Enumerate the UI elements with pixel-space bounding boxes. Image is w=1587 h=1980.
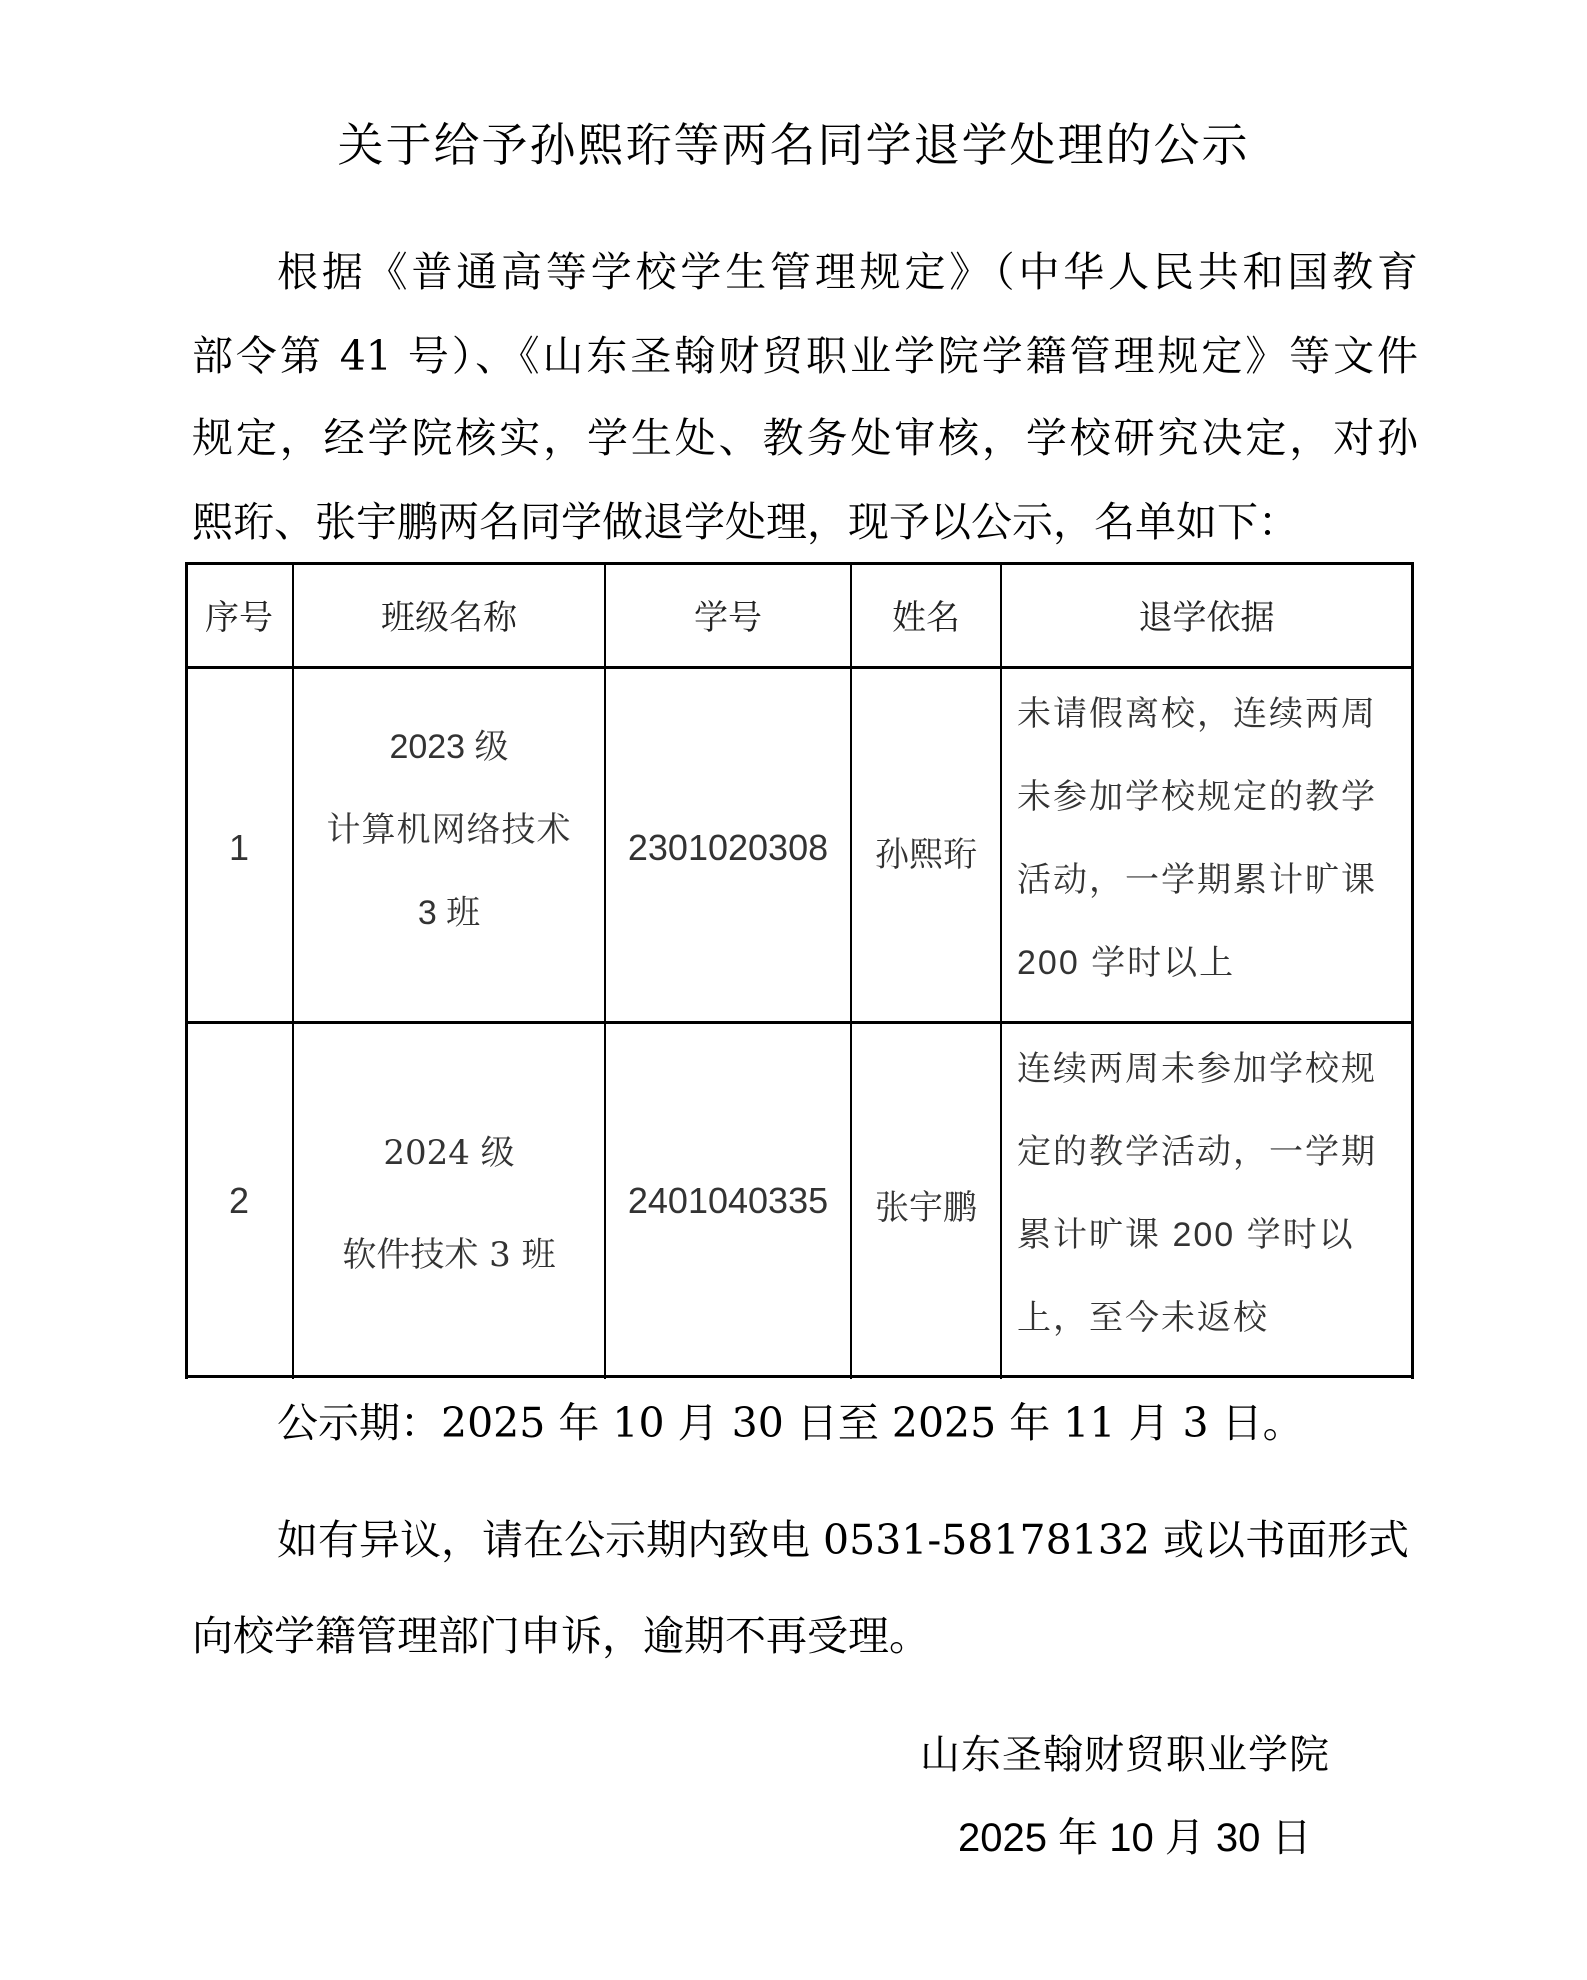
row-student-name: 孙熙珩 bbox=[851, 827, 1001, 876]
reason-line: 累计旷课 200 学时以 bbox=[1017, 1194, 1377, 1277]
table-border bbox=[1411, 562, 1414, 1379]
class-line: 3 班 bbox=[293, 872, 605, 955]
intro-line: 根据《普通高等学校学生管理规定》（中华人民共和国教育 bbox=[277, 252, 1418, 293]
intro-line: 部令第 41 号）、《山东圣翰财贸职业学院学籍管理规定》等文件 bbox=[192, 336, 1418, 377]
document-title: 关于给予孙熙珩等两名同学退学处理的公示 bbox=[0, 122, 1587, 168]
table-border bbox=[850, 562, 852, 1379]
signature-organization: 山东圣翰财贸职业学院 bbox=[920, 1735, 1330, 1775]
reason-line: 活动，一学期累计旷课 bbox=[1017, 839, 1377, 922]
intro-line: 熙珩、张宇鹏两名同学做退学处理，现予以公示，名单如下： bbox=[192, 502, 1418, 543]
row-student-id: 2301020308 bbox=[605, 827, 851, 869]
notice-period: 公示期：2025 年 10 月 30 日至 2025 年 11 月 3 日。 bbox=[277, 1403, 1304, 1444]
table-border bbox=[185, 1021, 1414, 1024]
class-line: 计算机网络技术 bbox=[293, 789, 605, 872]
class-line: 2023 级 bbox=[293, 706, 605, 789]
intro-line: 规定，经学院核实，学生处、教务处审核，学校研究决定，对孙 bbox=[192, 418, 1418, 459]
row-class-name: 2023 级 计算机网络技术 3 班 bbox=[293, 706, 605, 955]
header-index: 序号 bbox=[185, 590, 293, 639]
objection-line: 向校学籍管理部门申诉，逾期不再受理。 bbox=[192, 1616, 1418, 1657]
row-student-id: 2401040335 bbox=[605, 1180, 851, 1222]
reason-line: 未参加学校规定的教学 bbox=[1017, 756, 1377, 839]
reason-line: 上，至今未返校 bbox=[1017, 1277, 1377, 1360]
row-index: 2 bbox=[185, 1180, 293, 1222]
table-border bbox=[1000, 562, 1002, 1379]
table-border bbox=[185, 666, 1414, 669]
reason-line: 连续两周未参加学校规 bbox=[1017, 1028, 1377, 1111]
objection-line: 如有异议，请在公示期内致电 0531-58178132 或以书面形式 bbox=[277, 1520, 1399, 1561]
row-student-name: 张宇鹏 bbox=[851, 1180, 1001, 1229]
table-border bbox=[185, 562, 1414, 565]
row-reason: 连续两周未参加学校规 定的教学活动，一学期 累计旷课 200 学时以 上，至今未… bbox=[1017, 1028, 1377, 1360]
reason-line: 定的教学活动，一学期 bbox=[1017, 1111, 1377, 1194]
header-student-id: 学号 bbox=[605, 590, 851, 639]
withdrawal-table: 序号 班级名称 学号 姓名 退学依据 1 2023 级 计算机网络技术 3 班 … bbox=[185, 562, 1412, 1377]
header-class-name: 班级名称 bbox=[293, 590, 605, 639]
table-border bbox=[185, 1375, 1414, 1378]
header-name: 姓名 bbox=[851, 590, 1001, 639]
row-class-name: 2024 级 软件技术 3 班 bbox=[293, 1102, 605, 1306]
signature-date: 2025 年 10 月 30 日 bbox=[958, 1818, 1312, 1858]
reason-line: 未请假离校，连续两周 bbox=[1017, 673, 1377, 756]
table-border bbox=[185, 562, 188, 1379]
class-line: 2024 级 bbox=[293, 1102, 605, 1204]
header-reason: 退学依据 bbox=[1001, 590, 1412, 639]
class-line: 软件技术 3 班 bbox=[293, 1204, 605, 1306]
row-index: 1 bbox=[185, 827, 293, 869]
row-reason: 未请假离校，连续两周 未参加学校规定的教学 活动，一学期累计旷课 200 学时以… bbox=[1017, 673, 1377, 1005]
reason-line: 200 学时以上 bbox=[1017, 922, 1377, 1005]
